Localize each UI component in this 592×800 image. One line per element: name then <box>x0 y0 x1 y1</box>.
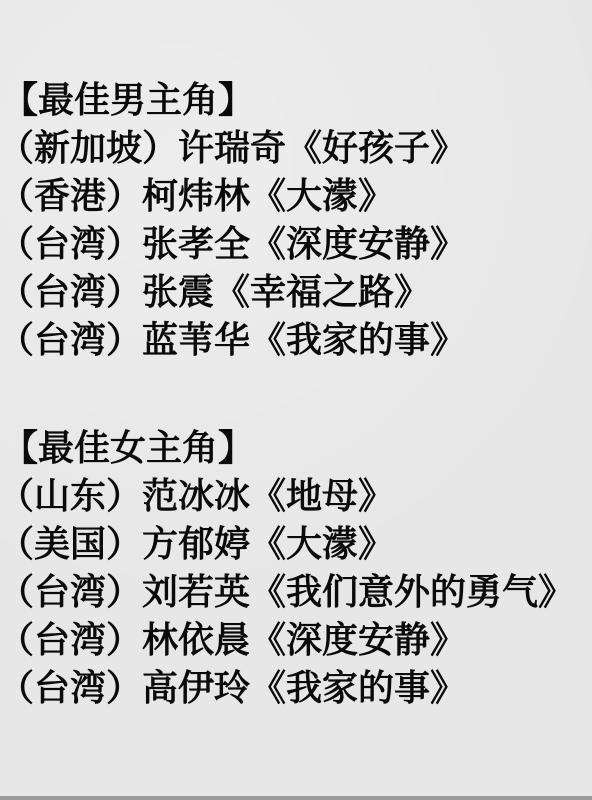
nominee-region: （香港） <box>0 172 142 220</box>
nominee-film: 《深度安静》 <box>250 220 466 268</box>
nominee-film: 《地母》 <box>250 472 394 520</box>
nominee-film: 《我家的事》 <box>250 316 466 364</box>
nominee-name: 柯炜林 <box>142 172 250 220</box>
nominee-row: （台湾）高伊玲《我家的事》 <box>4 664 574 712</box>
nominee-row: （台湾）刘若英《我们意外的勇气》 <box>4 568 574 616</box>
best-actress-heading: 【最佳女主角】 <box>2 424 574 472</box>
nominee-region: （台湾） <box>0 268 142 316</box>
nominee-row: （台湾）林依晨《深度安静》 <box>4 616 574 664</box>
bottom-edge-divider <box>0 796 592 800</box>
nominee-name: 刘若英 <box>142 568 250 616</box>
nominee-film: 《大濛》 <box>250 172 394 220</box>
nominee-region: （美国） <box>0 520 142 568</box>
nominee-region: （山东） <box>0 472 142 520</box>
nominee-name: 许瑞奇 <box>178 124 286 172</box>
nominee-name: 张孝全 <box>142 220 250 268</box>
nominee-region: （台湾） <box>0 220 142 268</box>
best-actor-heading: 【最佳男主角】 <box>2 76 466 124</box>
nominee-row: （台湾）张震《幸福之路》 <box>4 268 466 316</box>
nominee-region: （台湾） <box>0 616 142 664</box>
nominee-name: 方郁婷 <box>142 520 250 568</box>
nominee-region: （新加坡） <box>0 124 178 172</box>
nominee-row: （台湾）张孝全《深度安静》 <box>4 220 466 268</box>
nominee-row: （香港）柯炜林《大濛》 <box>4 172 466 220</box>
nominee-name: 蓝苇华 <box>142 316 250 364</box>
nominee-film: 《大濛》 <box>250 520 394 568</box>
nominee-region: （台湾） <box>0 664 142 712</box>
nominee-row: （美国）方郁婷《大濛》 <box>4 520 574 568</box>
best-actor-section: 【最佳男主角】 （新加坡）许瑞奇《好孩子》 （香港）柯炜林《大濛》 （台湾）张孝… <box>4 76 466 364</box>
nominee-film: 《我们意外的勇气》 <box>250 568 574 616</box>
nominee-film: 《好孩子》 <box>286 124 466 172</box>
nominee-film: 《深度安静》 <box>250 616 466 664</box>
nominee-row: （山东）范冰冰《地母》 <box>4 472 574 520</box>
nominee-row: （新加坡）许瑞奇《好孩子》 <box>4 124 466 172</box>
nominee-row: （台湾）蓝苇华《我家的事》 <box>4 316 466 364</box>
nominee-film: 《我家的事》 <box>250 664 466 712</box>
nominee-name: 高伊玲 <box>142 664 250 712</box>
nominee-region: （台湾） <box>0 316 142 364</box>
nominee-film: 《幸福之路》 <box>214 268 430 316</box>
nominee-name: 范冰冰 <box>142 472 250 520</box>
best-actress-section: 【最佳女主角】 （山东）范冰冰《地母》 （美国）方郁婷《大濛》 （台湾）刘若英《… <box>4 424 574 712</box>
nominee-name: 林依晨 <box>142 616 250 664</box>
nominee-name: 张震 <box>142 268 214 316</box>
nominee-region: （台湾） <box>0 568 142 616</box>
